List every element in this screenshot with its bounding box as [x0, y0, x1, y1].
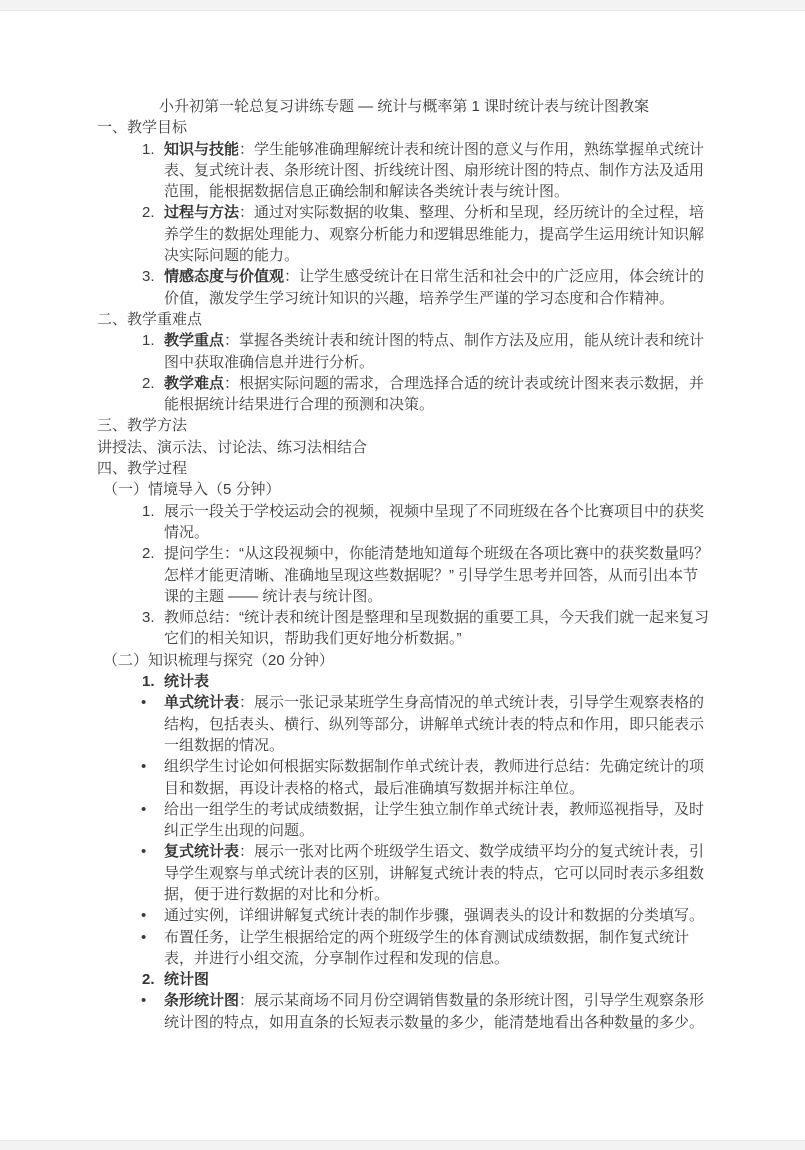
item-text: 讲授法、演示法、讨论法、练习法相结合 — [97, 439, 367, 456]
item-number: 2. — [142, 969, 155, 990]
item-text: 组织学生讨论如何根据实际数据制作单式统计表，教师进行总结：先确定统计的项目和数据… — [164, 758, 704, 796]
bullet-item: •布置任务，让学生根据给定的两个班级学生的体育测试成绩数据，制作复式统计表，并进… — [97, 927, 711, 970]
bullet-item: •通过实例，详细讲解复式统计表的制作步骤，强调表头的设计和数据的分类填写。 — [97, 905, 711, 926]
item-text: 统计图 — [164, 971, 209, 988]
text-run: 提问学生：“从这段视频中，你能清楚地知道每个班级在各项比赛中的获奖数量吗？怎样才… — [164, 545, 709, 605]
subsection-heading: （二）知识梳理与探究（20 分钟） — [103, 650, 711, 671]
item-text: 教学重点：掌握各类统计表和统计图的特点、制作方法及应用，能从统计表和统计图中获取… — [164, 332, 704, 370]
item-text: 布置任务，让学生根据给定的两个班级学生的体育测试成绩数据，制作复式统计表，并进行… — [164, 929, 689, 967]
bold-text-run: 统计表 — [164, 673, 209, 690]
item-number: 1. — [142, 501, 155, 522]
text-run: 展示一段关于学校运动会的视频，视频中呈现了不同班级在各个比赛项目中的获奖情况。 — [164, 503, 704, 541]
document-page: 小升初第一轮总复习讲练专题 — 统计与概率第 1 课时统计表与统计图教案 一、教… — [0, 10, 805, 1141]
bullet-icon: • — [141, 927, 146, 948]
item-text: 过程与方法：通过对实际数据的收集、整理、分析和呈现，经历统计的全过程，培养学生的… — [164, 204, 704, 264]
bold-text-run: 情感态度与价值观 — [164, 268, 284, 285]
bullet-icon: • — [141, 990, 146, 1011]
text-run: ：展示一张对比两个班级学生语文、数学成绩平均分的复式统计表，引导学生观察与单式统… — [164, 843, 704, 903]
text-run: ：通过对实际数据的收集、整理、分析和呈现，经历统计的全过程，培养学生的数据处理能… — [164, 204, 704, 264]
item-text: 提问学生：“从这段视频中，你能清楚地知道每个班级在各项比赛中的获奖数量吗？怎样才… — [164, 545, 709, 605]
numbered-item: 1.教学重点：掌握各类统计表和统计图的特点、制作方法及应用，能从统计表和统计图中… — [97, 330, 711, 373]
text-run: 布置任务，让学生根据给定的两个班级学生的体育测试成绩数据，制作复式统计表，并进行… — [164, 929, 689, 967]
document-body: 一、教学目标1.知识与技能：学生能够准确理解统计表和统计图的意义与作用，熟练掌握… — [97, 117, 711, 1033]
bold-text-run: 过程与方法 — [164, 204, 239, 221]
subsection-heading: （一）情境导入（5 分钟） — [103, 479, 711, 500]
item-text: 教师总结：“统计表和统计图是整理和呈现数据的重要工具，今天我们就一起来复习它们的… — [164, 609, 709, 647]
bold-text-run: 教学难点 — [164, 375, 224, 392]
bullet-item: •组织学生讨论如何根据实际数据制作单式统计表，教师进行总结：先确定统计的项目和数… — [97, 756, 711, 799]
bold-text-run: 统计图 — [164, 971, 209, 988]
document-title: 小升初第一轮总复习讲练专题 — 统计与概率第 1 课时统计表与统计图教案 — [97, 96, 711, 117]
item-text: 一、教学目标 — [97, 119, 187, 136]
bold-text-run: 条形统计图 — [164, 992, 239, 1009]
item-number: 3. — [142, 607, 155, 628]
numbered-item: 1.知识与技能：学生能够准确理解统计表和统计图的意义与作用，熟练掌握单式统计表、… — [97, 139, 711, 203]
item-text: （一）情境导入（5 分钟） — [103, 481, 281, 498]
bullet-icon: • — [141, 692, 146, 713]
numbered-item: 2.教学难点：根据实际问题的需求，合理选择合适的统计表或统计图来表示数据，并能根… — [97, 373, 711, 416]
item-text: 教学难点：根据实际问题的需求，合理选择合适的统计表或统计图来表示数据，并能根据统… — [164, 375, 704, 413]
item-number: 2. — [142, 202, 155, 223]
numbered-item: 2.提问学生：“从这段视频中，你能清楚地知道每个班级在各项比赛中的获奖数量吗？怎… — [97, 543, 711, 607]
text-run: 组织学生讨论如何根据实际数据制作单式统计表，教师进行总结：先确定统计的项目和数据… — [164, 758, 704, 796]
item-number: 2. — [142, 373, 155, 394]
bullet-icon: • — [141, 905, 146, 926]
section-heading: 三、教学方法 — [97, 415, 711, 436]
bullet-item: •复式统计表：展示一张对比两个班级学生语文、数学成绩平均分的复式统计表，引导学生… — [97, 841, 711, 905]
numbered-item: 2.统计图 — [97, 969, 711, 990]
item-text: 通过实例，详细讲解复式统计表的制作步骤，强调表头的设计和数据的分类填写。 — [164, 907, 704, 924]
item-text: 统计表 — [164, 673, 209, 690]
text-run: 讲授法、演示法、讨论法、练习法相结合 — [97, 439, 367, 456]
item-text: 三、教学方法 — [97, 417, 187, 434]
numbered-item: 2.过程与方法：通过对实际数据的收集、整理、分析和呈现，经历统计的全过程，培养学… — [97, 202, 711, 266]
text-run: ：展示一张记录某班学生身高情况的单式统计表，引导学生观察表格的结构，包括表头、横… — [164, 694, 704, 754]
viewer-background: { "page_background": "#f3f3f3", "paper":… — [0, 0, 805, 1150]
item-text: （二）知识梳理与探究（20 分钟） — [103, 652, 334, 669]
item-text: 知识与技能：学生能够准确理解统计表和统计图的意义与作用，熟练掌握单式统计表、复式… — [164, 141, 704, 201]
numbered-item: 1.展示一段关于学校运动会的视频，视频中呈现了不同班级在各个比赛项目中的获奖情况… — [97, 501, 711, 544]
text-run: ：学生能够准确理解统计表和统计图的意义与作用，熟练掌握单式统计表、复式统计表、条… — [164, 141, 704, 201]
text-run: 给出一组学生的考试成绩数据，让学生独立制作单式统计表，教师巡视指导，及时纠正学生… — [164, 801, 704, 839]
bullet-icon: • — [141, 799, 146, 820]
text-run: 二、教学重难点 — [97, 311, 202, 328]
item-text: 二、教学重难点 — [97, 311, 202, 328]
item-text: 给出一组学生的考试成绩数据，让学生独立制作单式统计表，教师巡视指导，及时纠正学生… — [164, 801, 704, 839]
bold-text-run: 教学重点 — [164, 332, 224, 349]
section-heading: 一、教学目标 — [97, 117, 711, 138]
document-content: 小升初第一轮总复习讲练专题 — 统计与概率第 1 课时统计表与统计图教案 一、教… — [0, 11, 805, 1033]
item-text: 条形统计图：展示某商场不同月份空调销售数量的条形统计图，引导学生观察条形统计图的… — [164, 992, 704, 1030]
item-text: 展示一段关于学校运动会的视频，视频中呈现了不同班级在各个比赛项目中的获奖情况。 — [164, 503, 704, 541]
section-heading: 四、教学过程 — [97, 458, 711, 479]
text-run: 教师总结：“统计表和统计图是整理和呈现数据的重要工具，今天我们就一起来复习它们的… — [164, 609, 709, 647]
numbered-item: 1.统计表 — [97, 671, 711, 692]
bullet-item: •给出一组学生的考试成绩数据，让学生独立制作单式统计表，教师巡视指导，及时纠正学… — [97, 799, 711, 842]
text-paragraph: 讲授法、演示法、讨论法、练习法相结合 — [97, 437, 711, 458]
numbered-item: 3.教师总结：“统计表和统计图是整理和呈现数据的重要工具，今天我们就一起来复习它… — [97, 607, 711, 650]
bullet-icon: • — [141, 841, 146, 862]
text-run: 四、教学过程 — [97, 460, 187, 477]
bullet-item: •单式统计表：展示一张记录某班学生身高情况的单式统计表，引导学生观察表格的结构，… — [97, 692, 711, 756]
item-number: 1. — [142, 671, 155, 692]
item-number: 3. — [142, 266, 155, 287]
text-run: （一）情境导入（5 分钟） — [103, 481, 281, 498]
text-run: 通过实例，详细讲解复式统计表的制作步骤，强调表头的设计和数据的分类填写。 — [164, 907, 704, 924]
bullet-item: •条形统计图：展示某商场不同月份空调销售数量的条形统计图，引导学生观察条形统计图… — [97, 990, 711, 1033]
item-text: 情感态度与价值观：让学生感受统计在日常生活和社会中的广泛应用，体会统计的价值，激… — [164, 268, 704, 306]
text-run: ：展示某商场不同月份空调销售数量的条形统计图，引导学生观察条形统计图的特点，如用… — [164, 992, 704, 1030]
text-run: 三、教学方法 — [97, 417, 187, 434]
item-text: 单式统计表：展示一张记录某班学生身高情况的单式统计表，引导学生观察表格的结构，包… — [164, 694, 704, 754]
item-text: 四、教学过程 — [97, 460, 187, 477]
item-number: 1. — [142, 330, 155, 351]
section-heading: 二、教学重难点 — [97, 309, 711, 330]
bullet-icon: • — [141, 756, 146, 777]
numbered-item: 3.情感态度与价值观：让学生感受统计在日常生活和社会中的广泛应用，体会统计的价值… — [97, 266, 711, 309]
text-run: ：根据实际问题的需求，合理选择合适的统计表或统计图来表示数据，并能根据统计结果进… — [164, 375, 704, 413]
item-text: 复式统计表：展示一张对比两个班级学生语文、数学成绩平均分的复式统计表，引导学生观… — [164, 843, 704, 903]
bold-text-run: 单式统计表 — [164, 694, 239, 711]
text-run: 一、教学目标 — [97, 119, 187, 136]
bold-text-run: 复式统计表 — [164, 843, 239, 860]
text-run: （二）知识梳理与探究（20 分钟） — [103, 652, 334, 669]
item-number: 2. — [142, 543, 155, 564]
text-run: ：掌握各类统计表和统计图的特点、制作方法及应用，能从统计表和统计图中获取准确信息… — [164, 332, 704, 370]
bold-text-run: 知识与技能 — [164, 141, 239, 158]
item-number: 1. — [142, 139, 155, 160]
